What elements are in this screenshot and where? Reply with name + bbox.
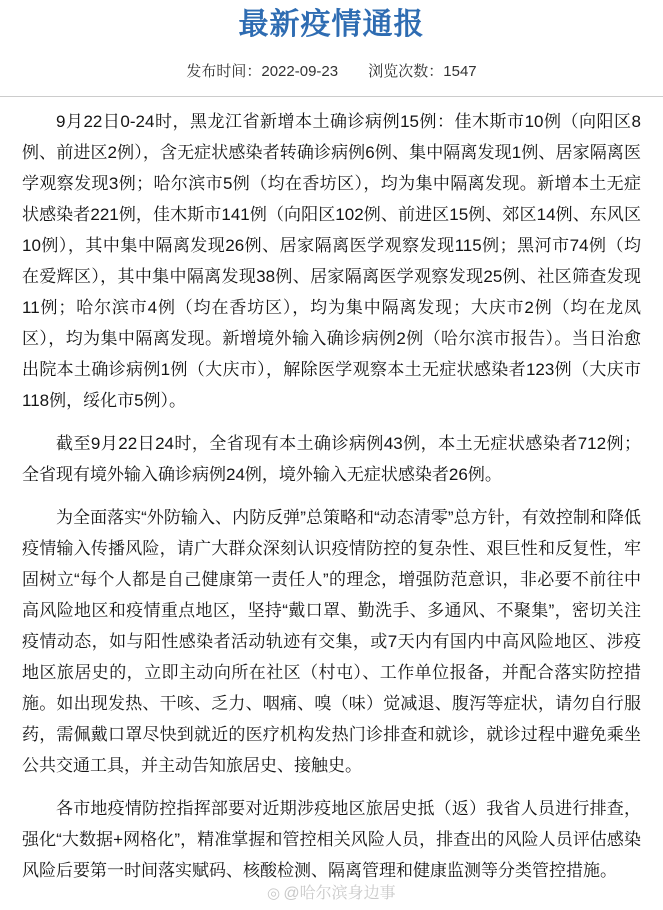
page-title: 最新疫情通报 bbox=[0, 8, 663, 42]
paragraph-new-cases: 9月22日0-24时，黑龙江省新增本土确诊病例15例：佳木斯市10例（向阳区8例… bbox=[22, 106, 641, 416]
bulletin-page: 最新疫情通报 发布时间：2022-09-23 浏览次数：1547 9月22日0-… bbox=[0, 0, 663, 910]
watermark-text: @哈尔滨身边事 bbox=[283, 885, 395, 902]
meta-line: 发布时间：2022-09-23 浏览次数：1547 bbox=[0, 63, 663, 81]
publish-time: 发布时间：2022-09-23 bbox=[186, 63, 338, 81]
view-count-label: 浏览次数： bbox=[368, 63, 443, 80]
paragraph-prevention-guidance: 为全面落实“外防输入、内防反弹”总策略和“动态清零”总方针，有效控制和降低疫情输… bbox=[22, 502, 641, 781]
article-body: 9月22日0-24时，黑龙江省新增本土确诊病例15例：佳木斯市10例（向阳区8例… bbox=[0, 97, 663, 886]
publish-time-label: 发布时间： bbox=[186, 63, 261, 80]
paragraph-current-totals: 截至9月22日24时，全省现有本土确诊病例43例，本土无症状感染者712例；全省… bbox=[22, 428, 641, 490]
weibo-watermark-icon: ◎ bbox=[266, 883, 282, 905]
publish-time-value: 2022-09-23 bbox=[261, 63, 338, 80]
view-count-value: 1547 bbox=[443, 63, 476, 80]
watermark: ◎@哈尔滨身边事 bbox=[0, 884, 663, 910]
view-count: 浏览次数：1547 bbox=[368, 63, 476, 81]
paragraph-control-measures: 各市地疫情防控指挥部要对近期涉疫地区旅居史抵（返）我省人员进行排查，强化“大数据… bbox=[22, 793, 641, 886]
